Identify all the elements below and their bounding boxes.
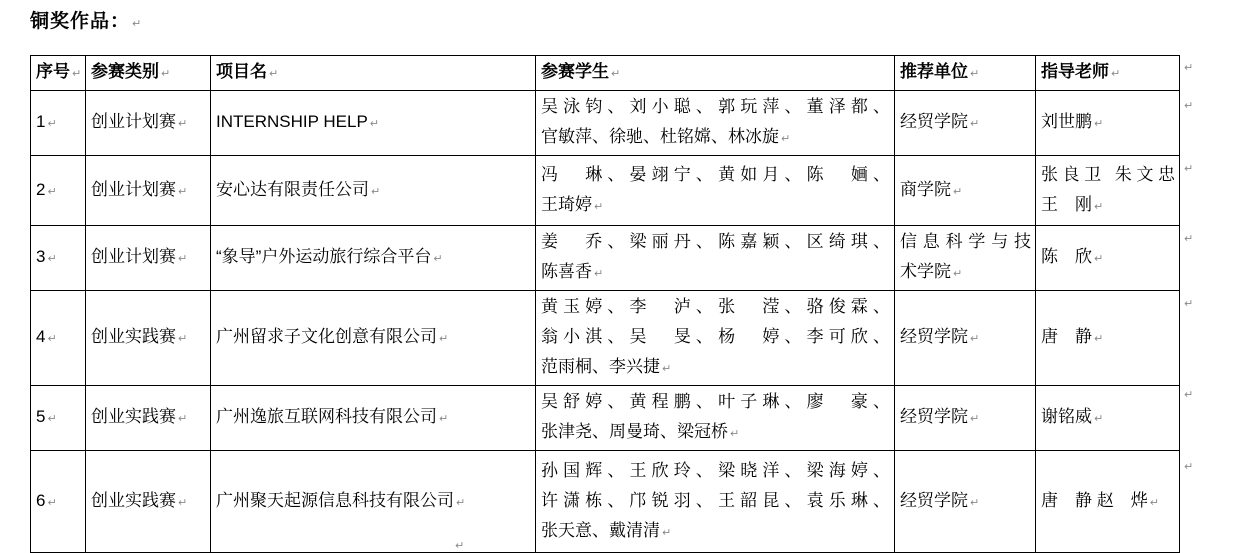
cell-students: 冯 琳、晏翊宁、黄如月、陈 婳、王琦婷↵ [536, 156, 895, 226]
paragraph-mark: ↵ [953, 268, 962, 280]
cell-teacher: 陈 欣↵ [1036, 226, 1180, 291]
table-row: 3↵ 创业计划赛↵ “象导”户外运动旅行综合平台↵ 姜 乔、梁丽丹、陈嘉颖、区绮… [31, 226, 1180, 291]
paragraph-mark: ↵ [970, 333, 979, 345]
row-end-mark: ↵ [1184, 388, 1193, 402]
cell-project: “象导”户外运动旅行综合平台↵ [211, 226, 536, 291]
page-title: 铜奖作品：↵ [30, 6, 142, 33]
header-category: 参赛类别↵ [86, 56, 211, 91]
table-row: 2↵ 创业计划赛↵ 安心达有限责任公司↵ 冯 琳、晏翊宁、黄如月、陈 婳、王琦婷… [31, 156, 1180, 226]
paragraph-mark: ↵ [1094, 201, 1103, 213]
cell-teacher: 谢铭威↵ [1036, 386, 1180, 451]
cell-students: 吴舒婷、黄程鹏、叶子琳、廖 豪、张津尧、周曼琦、梁冠桥↵ [536, 386, 895, 451]
paragraph-mark: ↵ [781, 133, 790, 145]
cell-project: 广州聚天起源信息科技有限公司↵ [211, 451, 536, 553]
paragraph-mark: ↵ [662, 527, 671, 539]
paragraph-mark: ↵ [72, 68, 81, 80]
paragraph-mark: ↵ [178, 118, 187, 130]
paragraph-mark: ↵ [730, 428, 739, 440]
paragraph-mark: ↵ [970, 118, 979, 130]
paragraph-mark: ↵ [970, 68, 979, 80]
cell-teacher: 唐 静↵ [1036, 291, 1180, 386]
cell-teacher: 刘世鹏↵ [1036, 91, 1180, 156]
cell-students: 黄玉婷、李 泸、张 滢、骆俊霖、翁小淇、吴 旻、杨 婷、李可欣、范雨桐、李兴捷↵ [536, 291, 895, 386]
paragraph-mark: ↵ [132, 18, 142, 30]
paragraph-mark: ↵ [161, 68, 170, 80]
cell-category: 创业计划赛↵ [86, 226, 211, 291]
paragraph-mark: ↵ [370, 118, 379, 130]
cell-teacher: 张良卫 朱文忠王 刚↵ [1036, 156, 1180, 226]
cell-no: 2↵ [31, 156, 86, 226]
cell-category: 创业计划赛↵ [86, 156, 211, 226]
cell-unit: 商学院↵ [895, 156, 1036, 226]
cell-category: 创业实践赛↵ [86, 451, 211, 553]
table-row: 1↵ 创业计划赛↵ INTERNSHIP HELP↵ 吴泳钧、刘小聪、郭玩萍、董… [31, 91, 1180, 156]
paragraph-mark: ↵ [953, 186, 962, 198]
table-row: 6↵ 创业实践赛↵ 广州聚天起源信息科技有限公司↵ 孙国辉、王欣玲、梁晓洋、梁海… [31, 451, 1180, 553]
cell-project: INTERNSHIP HELP↵ [211, 91, 536, 156]
paragraph-mark: ↵ [439, 413, 448, 425]
paragraph-mark: ↵ [47, 497, 56, 509]
awards-table: 序号↵ 参赛类别↵ 项目名↵ 参赛学生↵ 推荐单位↵ 指导老师↵ 1↵ 创业计划… [30, 55, 1180, 553]
cell-category: 创业计划赛↵ [86, 91, 211, 156]
paragraph-mark: ↵ [970, 497, 979, 509]
paragraph-mark: ↵ [439, 333, 448, 345]
paragraph-mark: ↵ [456, 497, 465, 509]
cell-project: 广州留求子文化创意有限公司↵ [211, 291, 536, 386]
cell-no: 3↵ [31, 226, 86, 291]
cell-students: 吴泳钧、刘小聪、郭玩萍、董泽都、官敏萍、徐驰、杜铭嫦、林冰旋↵ [536, 91, 895, 156]
header-no: 序号↵ [31, 56, 86, 91]
table-row: 5↵ 创业实践赛↵ 广州逸旅互联网科技有限公司↵ 吴舒婷、黄程鹏、叶子琳、廖 豪… [31, 386, 1180, 451]
paragraph-mark: ↵ [178, 333, 187, 345]
paragraph-mark: ↵ [178, 253, 187, 265]
paragraph-mark: ↵ [611, 68, 620, 80]
row-end-mark: ↵ [1184, 99, 1193, 113]
cell-unit: 信息科学与技术学院↵ [895, 226, 1036, 291]
header-teacher: 指导老师↵ [1036, 56, 1180, 91]
cell-teacher: 唐 静 赵 烨↵ [1036, 451, 1180, 553]
paragraph-mark: ↵ [594, 268, 603, 280]
header-unit: 推荐单位↵ [895, 56, 1036, 91]
row-end-mark: ↵ [1184, 297, 1193, 311]
cell-project: 安心达有限责任公司↵ [211, 156, 536, 226]
paragraph-mark: ↵ [1111, 68, 1120, 80]
cell-no: 6↵ [31, 451, 86, 553]
paragraph-mark: ↵ [1094, 118, 1103, 130]
header-project: 项目名↵ [211, 56, 536, 91]
paragraph-mark: ↵ [662, 363, 671, 375]
paragraph-mark: ↵ [371, 186, 380, 198]
page-title-text: 铜奖作品： [30, 11, 130, 32]
paragraph-mark: ↵ [178, 497, 187, 509]
header-students: 参赛学生↵ [536, 56, 895, 91]
cell-no: 1↵ [31, 91, 86, 156]
paragraph-mark: ↵ [47, 186, 56, 198]
cell-students: 姜 乔、梁丽丹、陈嘉颖、区绮琪、陈喜香↵ [536, 226, 895, 291]
cell-unit: 经贸学院↵ [895, 386, 1036, 451]
paragraph-mark: ↵ [178, 186, 187, 198]
cell-unit: 经贸学院↵ [895, 291, 1036, 386]
paragraph-mark: ↵ [1094, 333, 1103, 345]
cell-category: 创业实践赛↵ [86, 386, 211, 451]
paragraph-mark: ↵ [47, 118, 56, 130]
paragraph-mark: ↵ [1150, 497, 1159, 509]
header-row: 序号↵ 参赛类别↵ 项目名↵ 参赛学生↵ 推荐单位↵ 指导老师↵ [31, 56, 1180, 91]
table-row: 4↵ 创业实践赛↵ 广州留求子文化创意有限公司↵ 黄玉婷、李 泸、张 滢、骆俊霖… [31, 291, 1180, 386]
cell-no: 5↵ [31, 386, 86, 451]
cell-unit: 经贸学院↵ [895, 451, 1036, 553]
row-end-mark: ↵ [1184, 162, 1193, 176]
cell-students: 孙国辉、王欣玲、梁晓洋、梁海婷、许潇栋、邝锐羽、王韶昆、袁乐琳、张天意、戴清清↵ [536, 451, 895, 553]
paragraph-mark: ↵ [433, 253, 442, 265]
paragraph-mark: ↵ [269, 68, 278, 80]
document-page: 铜奖作品：↵ 序号↵ 参赛类别↵ 项目名↵ 参赛学生↵ 推荐单位↵ 指导老师↵ … [0, 0, 1248, 553]
paragraph-mark: ↵ [970, 413, 979, 425]
paragraph-mark: ↵ [455, 540, 464, 552]
paragraph-mark: ↵ [1094, 253, 1103, 265]
paragraph-mark: ↵ [594, 201, 603, 213]
cell-no: 4↵ [31, 291, 86, 386]
cell-project: 广州逸旅互联网科技有限公司↵ [211, 386, 536, 451]
row-end-mark: ↵ [1184, 232, 1193, 246]
cell-category: 创业实践赛↵ [86, 291, 211, 386]
paragraph-mark: ↵ [47, 333, 56, 345]
paragraph-mark: ↵ [178, 413, 187, 425]
row-end-mark: ↵ [1184, 61, 1193, 75]
paragraph-mark: ↵ [1094, 413, 1103, 425]
paragraph-mark: ↵ [47, 253, 56, 265]
cell-unit: 经贸学院↵ [895, 91, 1036, 156]
row-end-mark: ↵ [1184, 460, 1193, 474]
paragraph-mark: ↵ [47, 413, 56, 425]
